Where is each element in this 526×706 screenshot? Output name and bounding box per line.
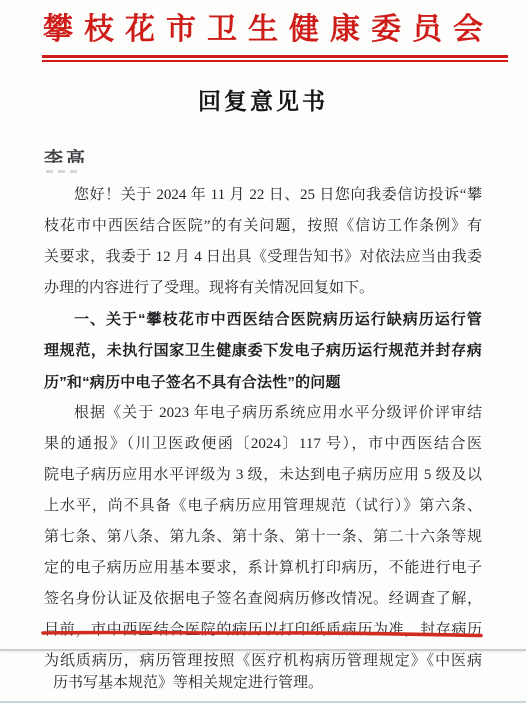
page2-bottom-edge-line <box>0 701 526 703</box>
text-line: 关要求，我委于 12 月 4 日出具《受理告知书》对依法应当由我委 <box>44 242 482 273</box>
text-line: 院电子病历应用水平评级为 3 级，未达到电子病历应用 5 级及以 <box>44 460 482 491</box>
page2-continuation-text: 历书写基本规范》等相关规定进行管理。 <box>53 668 483 699</box>
letterhead-org-name: 攀枝花市卫生健康委员会 <box>0 10 526 50</box>
section-heading-paragraph: 一、关于“攀枝花市中西医结合医院病历运行缺病历运行管理规范，未执行国家卫生健康委… <box>44 304 482 397</box>
document-title: 回复意见书 <box>0 88 526 116</box>
scanned-document-page: 攀枝花市卫生健康委员会 回复意见书 李高 您好！关于 2024 年 11 月 2… <box>0 0 526 706</box>
recipient-partial-name: 李高 <box>44 149 88 163</box>
text-line: 目前，市中西医结合医院的病历以打印纸质病历为准，封存病历 <box>44 615 482 646</box>
body-paragraph: 您好！关于 2024 年 11 月 22 日、25 日您向我委信访投诉“攀枝花市… <box>44 180 482 304</box>
text-line: 枝花市中西医结合医院”的有关问题，按照《信访工作条例》有 <box>44 211 482 242</box>
text-line: 历”和“病历中电子签名不具有合法性”的问题 <box>44 367 482 398</box>
document-body: 您好！关于 2024 年 11 月 22 日、25 日您向我委信访投诉“攀枝花市… <box>44 180 482 678</box>
text-line: 第七条、第八条、第九条、第十条、第十一条、第二十六条等规 <box>44 522 482 553</box>
page-break-separator <box>0 649 526 651</box>
text-line: 办理的内容进行了受理。现将有关情况回复如下。 <box>44 273 482 304</box>
text-line: 果的通报》（川卫医政便函〔2024〕117 号），市中西医结合医 <box>44 429 482 460</box>
letterhead-divider-rule <box>42 55 508 62</box>
text-line: 定的电子病历应用基本要求，系计算机打印病历，不能进行电子 <box>44 553 482 584</box>
text-line: 签名身份认证及依据电子签名查阅病历修改情况。经调查了解， <box>44 584 482 615</box>
text-line: 您好！关于 2024 年 11 月 22 日、25 日您向我委信访投诉“攀 <box>44 180 482 211</box>
whiteout-residue-marks <box>46 170 80 173</box>
text-line: 上水平，尚不具备《电子病历应用管理规范（试行）》第六条、 <box>44 491 482 522</box>
text-line: 理规范，未执行国家卫生健康委下发电子病历运行规范并封存病 <box>44 335 482 366</box>
text-line: 一、关于“攀枝花市中西医结合医院病历运行缺病历运行管 <box>44 304 482 335</box>
body-paragraph: 根据《关于 2023 年电子病历系统应用水平分级评价评审结果的通报》（川卫医政便… <box>44 398 482 678</box>
text-line: 根据《关于 2023 年电子病历系统应用水平分级评价评审结 <box>44 398 482 429</box>
recipient-name-redacted: 李高 <box>44 149 114 163</box>
